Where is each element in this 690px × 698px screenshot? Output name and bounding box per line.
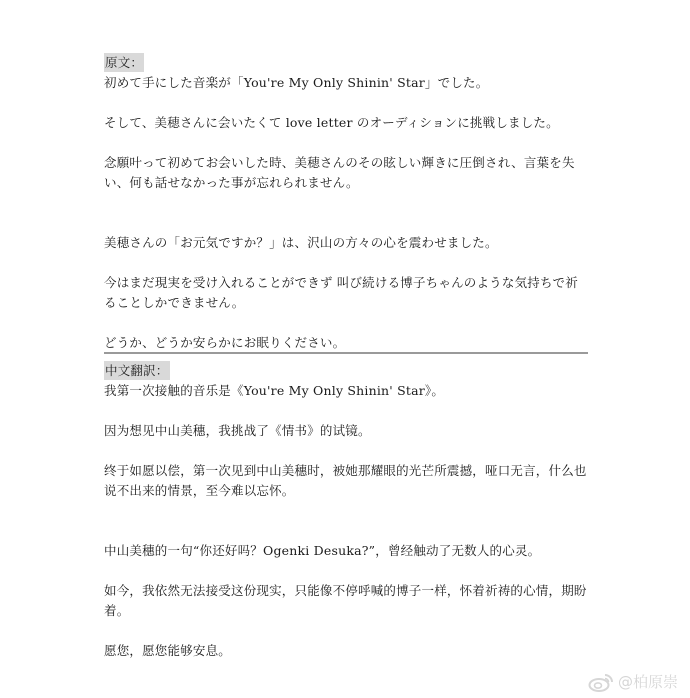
- translation-label-row: 中文翻訳：: [104, 361, 590, 381]
- section-divider: [104, 352, 588, 354]
- original-paragraph-2: そして、美穂さんに会いたくて love letter のオーディションに挑戦しま…: [104, 113, 590, 133]
- weibo-watermark: @柏原崇: [588, 671, 678, 692]
- original-paragraph-1: 初めて手にした音楽が「You're My Only Shinin' Star」で…: [104, 73, 590, 93]
- translation-paragraph-3: 终于如愿以偿，第一次见到中山美穗时，被她那耀眼的光芒所震撼，哑口无言，什么也说不…: [104, 461, 590, 501]
- translation-section-label: 中文翻訳：: [104, 361, 170, 380]
- translation-paragraph-2: 因为想见中山美穗，我挑战了《情书》的试镜。: [104, 421, 590, 441]
- original-paragraph-3: 念願叶って初めてお会いした時、美穂さんのその眩しい輝きに圧倒され、言葉を失い、何…: [104, 153, 590, 193]
- original-paragraph-4: 美穂さんの「お元気ですか？」は、沢山の方々の心を震わせました。: [104, 233, 590, 253]
- translation-paragraph-6: 愿您，愿您能够安息。: [104, 641, 590, 661]
- original-paragraph-6: どうか、どうか安らかにお眠りください。: [104, 333, 590, 353]
- watermark-text: @柏原崇: [618, 671, 678, 692]
- original-section-label: 原文：: [104, 53, 144, 72]
- original-paragraph-5: 今はまだ現実を受け入れることができず 叫び続ける博子ちゃんのような気持ちで祈るこ…: [104, 273, 590, 313]
- weibo-icon: [588, 672, 614, 692]
- translation-paragraph-1: 我第一次接触的音乐是《You're My Only Shinin' Star》。: [104, 381, 590, 401]
- original-label-row: 原文：: [104, 53, 590, 73]
- translation-paragraph-4: 中山美穗的一句“你还好吗？Ogenki Desuka?”，曾经触动了无数人的心灵…: [104, 541, 590, 561]
- translation-text-section: 中文翻訳： 我第一次接触的音乐是《You're My Only Shinin' …: [104, 361, 590, 681]
- original-text-section: 原文： 初めて手にした音楽が「You're My Only Shinin' St…: [104, 53, 590, 373]
- translation-paragraph-5: 如今，我依然无法接受这份现实，只能像不停呼喊的博子一样，怀着祈祷的心情，期盼着。: [104, 581, 590, 621]
